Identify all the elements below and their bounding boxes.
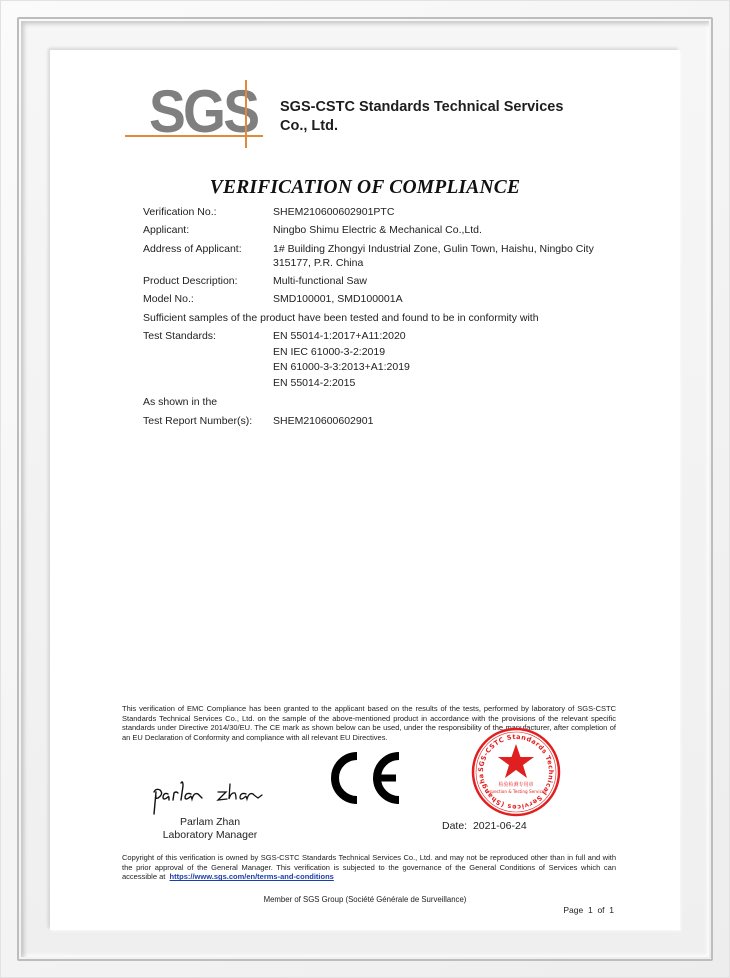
signature-image <box>150 778 280 818</box>
date-label: Date: <box>442 820 467 832</box>
logo-horizontal-line <box>125 135 263 137</box>
conformity-sentence: Sufficient samples of the product have b… <box>143 312 539 325</box>
ce-mark-icon <box>323 750 403 806</box>
applicant-label: Applicant: <box>143 224 189 237</box>
verification-no-value: SHEM210600602901PTC <box>273 206 394 219</box>
test-report-value: SHEM210600602901 <box>273 415 373 428</box>
company-name-line2: Co., Ltd. <box>280 117 563 136</box>
product-description-label: Product Description: <box>143 275 238 288</box>
stamp-en-text: Inspection & Testing Services <box>485 789 546 794</box>
verification-no-label: Verification No.: <box>143 206 217 219</box>
applicant-value: Ningbo Shimu Electric & Mechanical Co.,L… <box>273 224 482 237</box>
model-no-label: Model No.: <box>143 293 194 306</box>
date-block: Date: 2021-06-24 <box>442 820 527 832</box>
stamp-cn-text: 检验检测专用章 <box>498 781 533 788</box>
signatory-block: Parlam Zhan Laboratory Manager <box>150 816 270 841</box>
signatory-title: Laboratory Manager <box>150 829 270 842</box>
test-standard-item: EN 61000-3-3:2013+A1:2019 <box>273 361 410 374</box>
test-standards-label: Test Standards: <box>143 330 216 343</box>
terms-link[interactable]: https://www.sgs.com/en/terms-and-conditi… <box>170 872 334 881</box>
address-value-line1: 1# Building Zhongyi Industrial Zone, Gul… <box>273 243 594 256</box>
company-name-line1: SGS-CSTC Standards Technical Services <box>280 98 563 117</box>
page-current: 1 <box>588 905 593 915</box>
signatory-name: Parlam Zhan <box>150 816 270 829</box>
copyright-notice: Copyright of this verification is owned … <box>122 853 616 882</box>
logo-vertical-line <box>245 80 247 148</box>
document-title: VERIFICATION OF COMPLIANCE <box>50 177 680 199</box>
test-standard-item: EN 55014-2:2015 <box>273 377 355 390</box>
page-label: Page <box>563 905 583 915</box>
test-standard-item: EN 55014-1:2017+A11:2020 <box>273 330 406 343</box>
page-indicator: Page 1 of 1 <box>563 905 614 915</box>
product-description-value: Multi-functional Saw <box>273 275 367 288</box>
date-value: 2021-06-24 <box>473 820 527 832</box>
company-name: SGS-CSTC Standards Technical Services Co… <box>280 98 563 136</box>
page-of: of <box>597 905 604 915</box>
sgs-member-text: Member of SGS Group (Société Générale de… <box>50 895 680 904</box>
address-value-line2: 315177, P.R. China <box>273 257 363 270</box>
as-shown-text: As shown in the <box>143 396 217 409</box>
certificate-document: SGS SGS-CSTC Standards Technical Service… <box>50 50 680 930</box>
sgs-logo: SGS <box>125 80 265 148</box>
model-no-value: SMD100001, SMD100001A <box>273 293 403 306</box>
test-report-label: Test Report Number(s): <box>143 415 252 428</box>
official-stamp-icon: SGS-CSTC Standards Technical Services (S… <box>470 726 562 818</box>
page-total: 1 <box>609 905 614 915</box>
address-label: Address of Applicant: <box>143 243 242 256</box>
test-standard-item: EN IEC 61000-3-2:2019 <box>273 346 385 359</box>
sgs-logo-text: SGS <box>149 84 257 140</box>
